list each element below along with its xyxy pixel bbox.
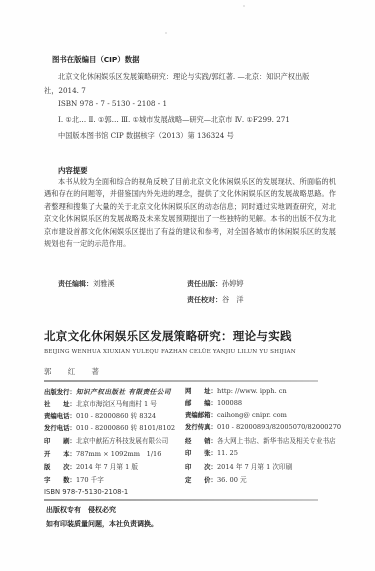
credit-proofreading: 责任校对：谷 洋: [187, 295, 244, 305]
info-value: 2014 年 7 月第 1 次印刷: [217, 463, 292, 471]
info-label: 社 址：: [44, 400, 76, 408]
info-label: 字 数：: [44, 476, 76, 484]
book-author: 郭 红 著: [44, 366, 106, 377]
info-label: 印 张：: [185, 449, 217, 457]
info-label: 网 址：: [185, 387, 217, 395]
info-value: 100088: [217, 399, 242, 407]
info-postcode: 邮 编：100088: [185, 398, 242, 407]
divider-top: [44, 380, 318, 382]
info-format: 开 本：787mm × 1092mm 1/16: [44, 448, 161, 458]
cip-line-1: 北京文化休闲娱乐区发展策略研究：理论与实践/郭红著. —北京：知识产权出版: [58, 72, 309, 82]
credit-editor-label: 责任编辑：: [58, 280, 93, 288]
book-title: 北京文化休闲娱乐区发展策略研究：理论与实践: [44, 328, 292, 344]
info-distribution-fax: 发行传真：010 - 82000893/82005070/82000270: [185, 422, 341, 431]
info-address: 社 址：北京市海淀区马甸南村 1 号: [44, 398, 157, 408]
summary-title: 内容提要: [58, 165, 88, 176]
info-value: 36. 00 元: [217, 476, 247, 484]
divider-bottom: [44, 499, 318, 501]
info-editor-email: 责编邮箱：caihong@ cnipr. com: [185, 410, 287, 419]
info-label: 印 刷：: [44, 437, 76, 445]
summary-text: 本书从较为全面和综合的视角反映了目前北京文化休闲娱乐区的发展现状、所面临的机遇和…: [44, 176, 336, 250]
info-value: 2014 年 7 月第 1 版: [76, 463, 138, 471]
info-value: 北京中献拓方科技发展有限公司: [76, 437, 168, 445]
info-label: 经 销：: [185, 437, 217, 445]
info-word-count: 字 数：170 千字: [44, 474, 104, 484]
info-value: 各大网上书店、新华书店及相关专业书店: [217, 437, 336, 445]
credit-editor: 责任编辑：刘雅溪: [58, 279, 115, 289]
info-label: 发行传真：: [185, 423, 217, 431]
info-label: 版 次：: [44, 463, 76, 471]
info-label: 发行电话：: [44, 424, 76, 432]
info-label: 责编电话：: [44, 412, 76, 420]
cip-title: 图书在版编目（CIP）数据: [52, 54, 140, 65]
isbn-footer: ISBN 978-7-5130-2108-1: [44, 488, 128, 496]
credit-editor-value: 刘雅溪: [93, 279, 115, 288]
info-label: 责编邮箱：: [185, 411, 217, 419]
info-printed-sheets: 印 张：11. 25: [185, 448, 238, 457]
info-value: caihong@ cnipr. com: [217, 411, 287, 419]
info-label: 邮 编：: [185, 399, 217, 407]
info-price: 定 价：36. 00 元: [185, 474, 247, 484]
scan-speck: [165, 32, 167, 34]
info-label: 印 次：: [185, 463, 217, 471]
info-label: 定 价：: [185, 476, 217, 484]
copyright-replacement-note: 如有印装质量问题，本社负责调换。: [46, 519, 158, 529]
info-editor-phone: 责编电话：010 - 82000860 转 8324: [44, 410, 156, 420]
info-printer: 印 刷：北京中献拓方科技发展有限公司: [44, 435, 168, 445]
cip-classification: Ⅰ. ①北… Ⅱ. ①郭… Ⅲ. ①城市发展战略—研究—北京市 Ⅳ. ①F299…: [58, 115, 290, 125]
cip-record-number: 中国版本图书馆 CIP 数据核字（2013）第 136324 号: [58, 131, 234, 141]
copyright-page: 图书在版编目（CIP）数据 北京文化休闲娱乐区发展策略研究：理论与实践/郭红著.…: [0, 0, 375, 571]
info-edition: 版 次：2014 年 7 月第 1 版: [44, 461, 138, 471]
credit-publishing-value: 孙婷婷: [222, 279, 244, 288]
summary-body: 本书从较为全面和综合的视角反映了目前北京文化休闲娱乐区的发展现状、所面临的机遇和…: [44, 176, 336, 250]
info-value: 知识产权出版社 有限责任公司: [76, 388, 171, 396]
info-value: 787mm × 1092mm 1/16: [76, 450, 162, 458]
info-label: 开 本：: [44, 450, 76, 458]
info-website: 网 址：http: //www. ipph. cn: [185, 386, 287, 395]
info-value: 170 千字: [76, 476, 104, 484]
credit-proofreading-value: 谷 洋: [222, 295, 244, 304]
cip-line-2: 社，2014. 7: [44, 86, 86, 96]
info-distributor: 经 销：各大网上书店、新华书店及相关专业书店: [185, 435, 336, 445]
info-value: 010 - 82000893/82005070/82000270: [217, 423, 341, 431]
info-publisher: 出版发行：知识产权出版社 有限责任公司: [44, 386, 171, 396]
info-value: 010 - 82000860 转 8324: [76, 412, 156, 420]
scan-speck: [243, 5, 245, 7]
copyright-notice: 出版权专有 侵权必究: [46, 505, 116, 515]
info-distribution-phone: 发行电话：010 - 82000860 转 8101/8102: [44, 422, 175, 432]
credit-publishing-label: 责任出版：: [187, 280, 222, 288]
cip-isbn: ISBN 978 - 7 - 5130 - 2108 - 1: [58, 99, 167, 108]
credit-publishing: 责任出版：孙婷婷: [187, 279, 244, 289]
info-printing: 印 次：2014 年 7 月第 1 次印刷: [185, 461, 292, 471]
info-value: http: //www. ipph. cn: [217, 387, 287, 395]
info-value: 北京市海淀区马甸南村 1 号: [76, 400, 157, 408]
info-value: 11. 25: [217, 449, 238, 457]
info-value: 010 - 82000860 转 8101/8102: [76, 424, 175, 432]
info-label: 出版发行：: [44, 388, 76, 396]
credit-proofreading-label: 责任校对：: [187, 296, 222, 304]
book-title-pinyin: BEIJING WENHUA XIUXIAN YULEQU FAZHAN CEL…: [44, 349, 296, 355]
